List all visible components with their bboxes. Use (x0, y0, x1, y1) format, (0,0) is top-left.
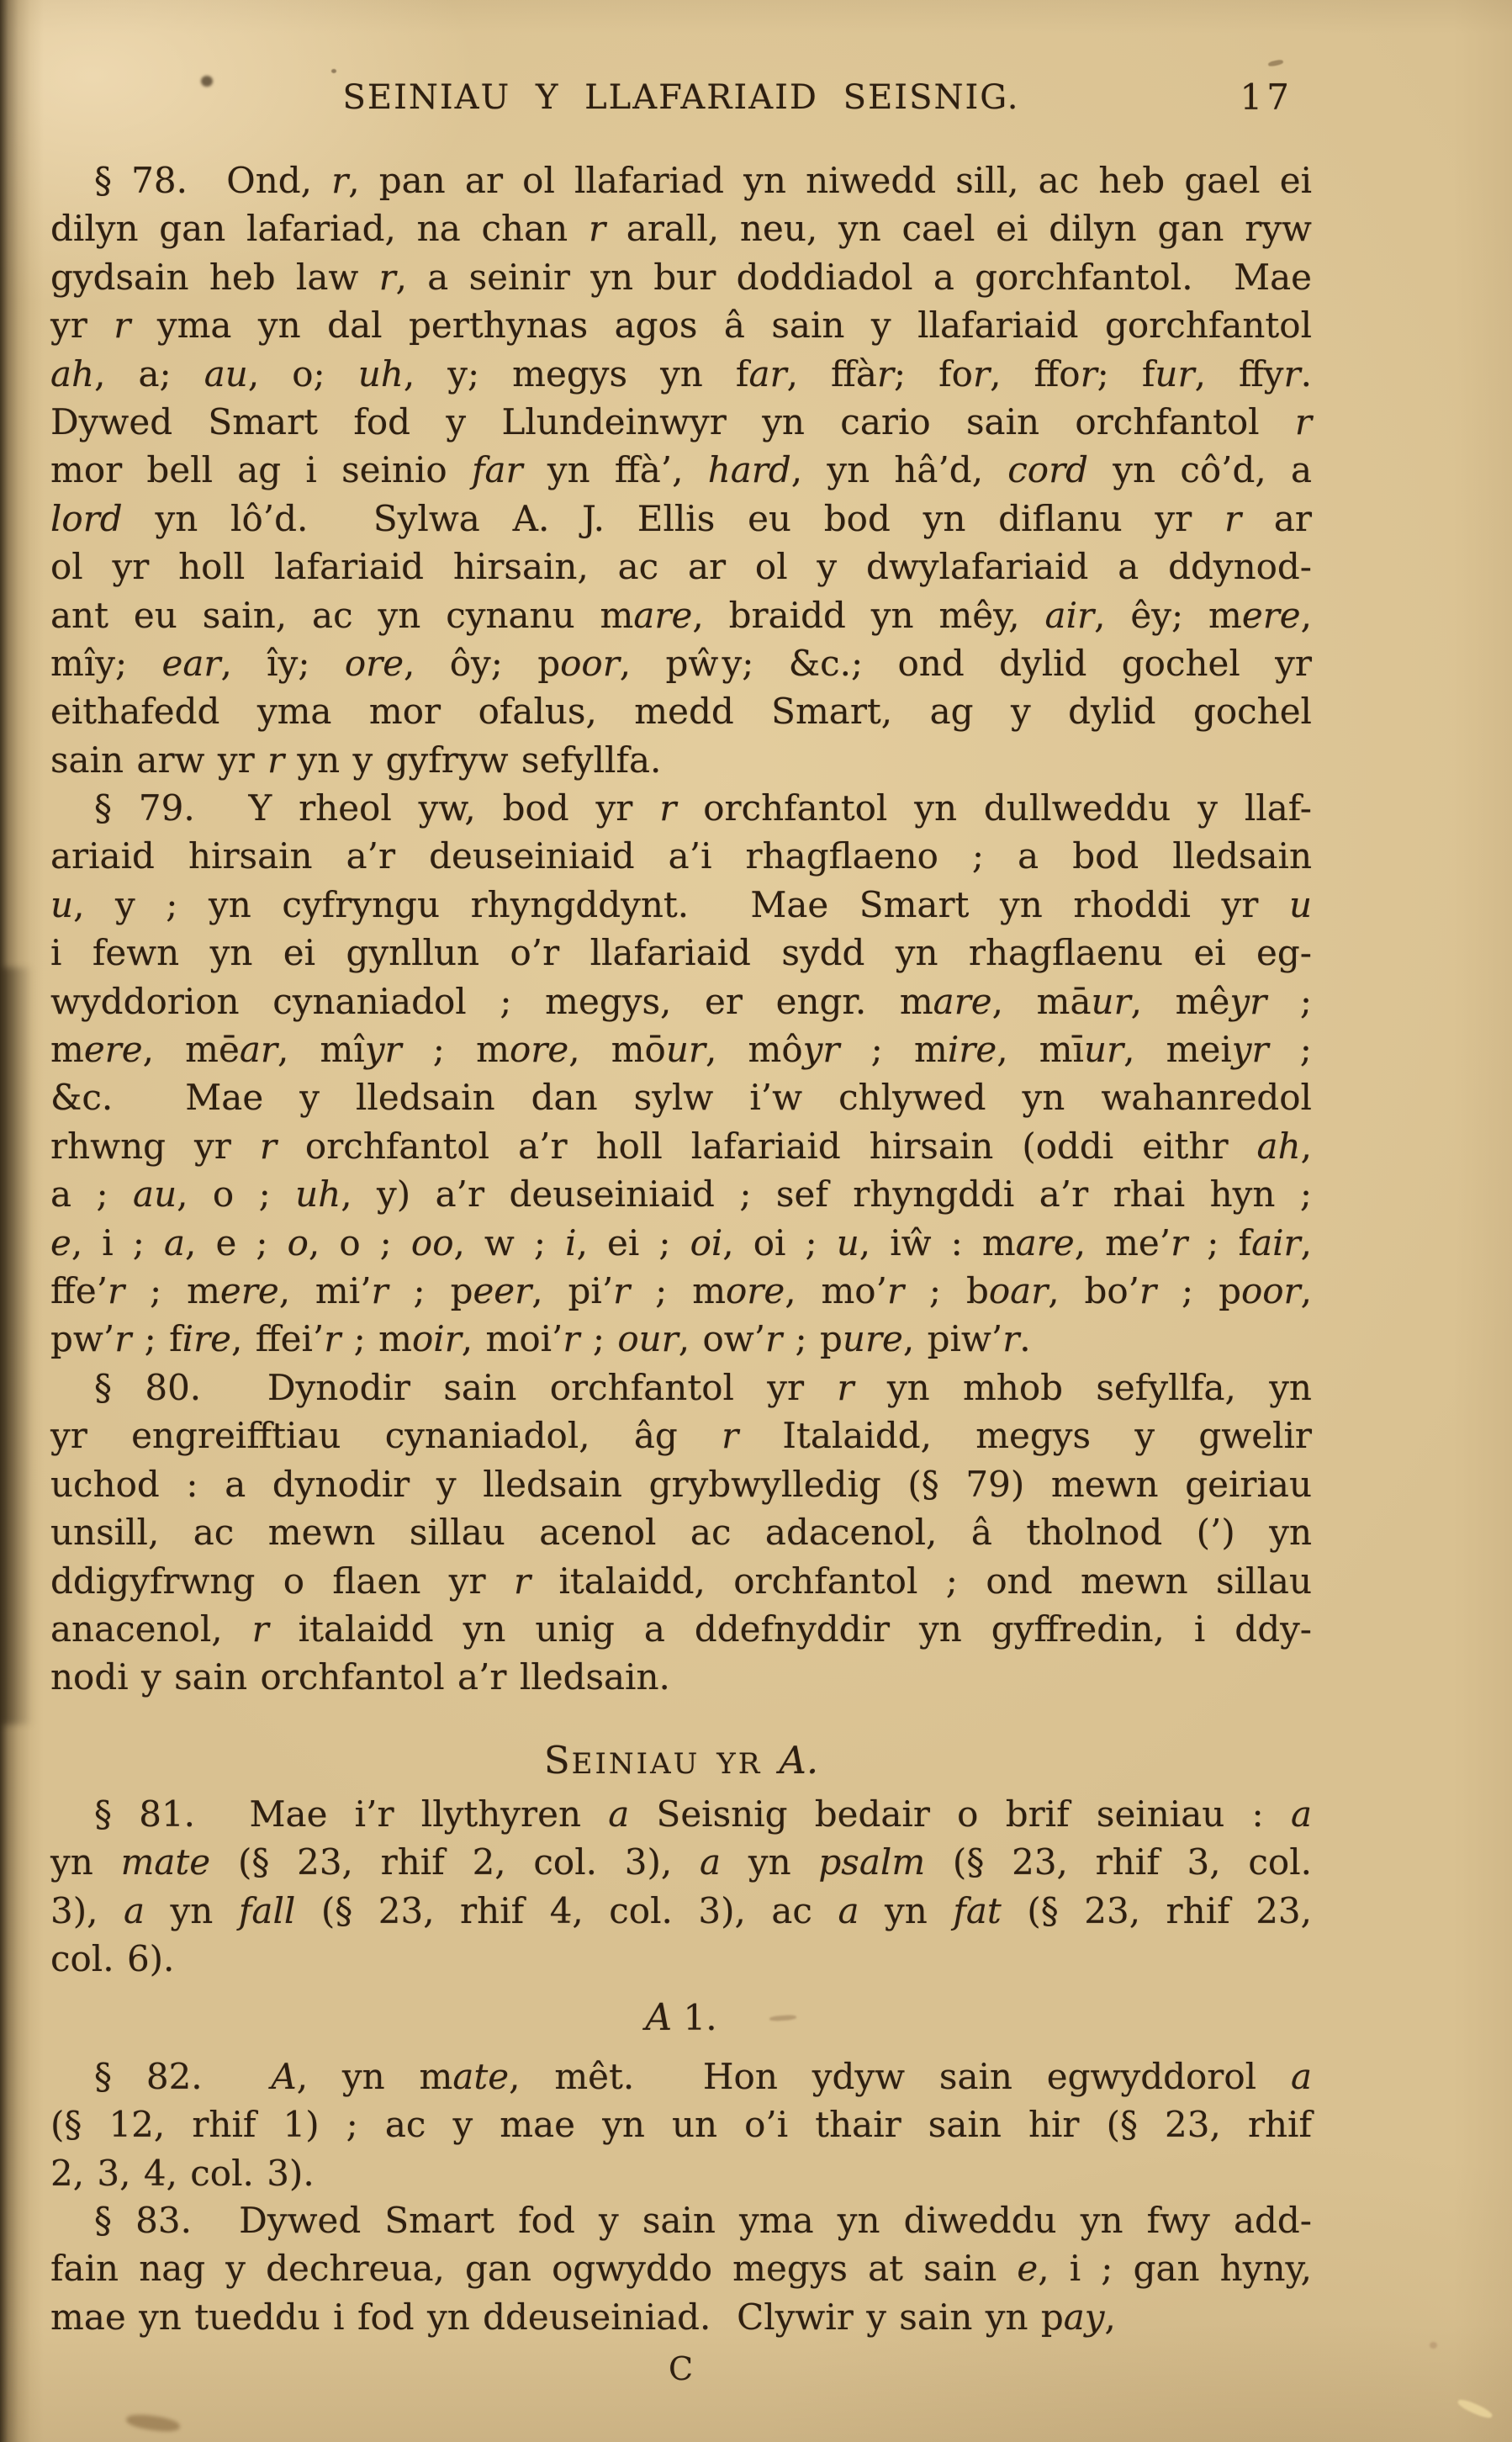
heading-text: EINIAU (572, 1747, 700, 1781)
page-gutter-shadow-mid (0, 967, 37, 1724)
text-line: ol yr holl lafariaid hirsain, ac ar ol y… (50, 543, 1312, 591)
text-line: 2, 3, 4, col. 3). (50, 2149, 1312, 2197)
text-line: pw’r ; fire, ffei’r ; moir, moi’r ; our,… (50, 1315, 1312, 1363)
heading-text: S (544, 1738, 572, 1783)
text-line: § 78. Ond, r, pan ar ol llafariad yn niw… (50, 156, 1312, 204)
text-line: sain arw yr r yn y gyfryw sefyllfa. (50, 736, 1312, 784)
paragraph-section-82: § 82. A, yn mate, mêt. Hon ydyw sain egw… (50, 2053, 1312, 2197)
text-line: ah, a; au, o; uh, y; megys yn far, ffàr;… (50, 350, 1312, 398)
paragraph-section-81: § 81. Mae i’r llythyren a Seisnig bedair… (50, 1790, 1312, 1984)
text-line: mere, mēar, mîyr ; more, mōur, môyr ; mi… (50, 1025, 1312, 1073)
text-line: lord yn lô’d. Sylwa A. J. Ellis eu bod y… (50, 495, 1312, 543)
text-line: yr engreifftiau cynaniadol, âg r Italaid… (50, 1412, 1312, 1459)
paragraph-section-78: § 78. Ond, r, pan ar ol llafariad yn niw… (50, 156, 1312, 784)
text-line: i fewn yn ei gynllun o’r llafariaid sydd… (50, 929, 1312, 977)
text-line: gydsain heb law r, a seinir yn bur doddi… (50, 253, 1312, 301)
page-text: § 78. Ond, r, pan ar ol llafariad yn niw… (50, 0, 1312, 2442)
text-line: ddigyfrwng o flaen yr r italaidd, orchfa… (50, 1557, 1312, 1605)
text-line: a ; au, o ; uh, y) a’r deuseiniaid ; sef… (50, 1170, 1312, 1218)
text-line: unsill, ac mewn sillau acenol ac adaceno… (50, 1508, 1312, 1556)
text-line: eithafedd yma mor ofalus, medd Smart, ag… (50, 687, 1312, 735)
text-line: Dywed Smart fod y Llundeinwyr yn cario s… (50, 398, 1312, 446)
text-line: § 81. Mae i’r llythyren a Seisnig bedair… (50, 1790, 1312, 1838)
text-line: e, i ; a, e ; o, o ; oo, w ; i, ei ; oi,… (50, 1219, 1312, 1267)
paragraph-section-79: § 79. Y rheol yw, bod yr r orchfantol yn… (50, 784, 1312, 1364)
printer-signature: C (50, 2345, 1312, 2393)
ink-speck (331, 69, 336, 73)
text-line: nodi y sain orchfantol a’r lledsain. (50, 1653, 1312, 1701)
section-heading-seiniau-yr-a: SEINIAU YR A. (50, 1736, 1312, 1793)
text-line: yr r yma yn dal perthynas agos â sain y … (50, 301, 1312, 349)
text-line: § 79. Y rheol yw, bod yr r orchfantol yn… (50, 784, 1312, 832)
paragraph-section-80: § 80. Dynodir sain orchfantol yr r yn mh… (50, 1364, 1312, 1702)
text-line: col. 6). (50, 1935, 1312, 1983)
text-line: (§ 12, rhif 1) ; ac y mae yn un o’i thai… (50, 2100, 1312, 2148)
text-line: § 82. A, yn mate, mêt. Hon ydyw sain egw… (50, 2053, 1312, 2100)
text-line: § 83. Dywed Smart fod y sain yma yn diwe… (50, 2196, 1312, 2244)
heading-text: 1. (672, 1997, 716, 2038)
text-line: ant eu sain, ac yn cynanu mare, braidd y… (50, 591, 1312, 639)
text-line: dilyn gan lafariad, na chan r arall, neu… (50, 204, 1312, 252)
text-line: § 80. Dynodir sain orchfantol yr r yn mh… (50, 1364, 1312, 1412)
text-line: 3), a yn fall (§ 23, rhif 4, col. 3), ac… (50, 1887, 1312, 1935)
text-line: anacenol, r italaidd yn unig a ddefnyddi… (50, 1605, 1312, 1653)
text-line: ariaid hirsain a’r deuseiniaid a’i rhagf… (50, 832, 1312, 880)
paragraph-section-83: § 83. Dywed Smart fod y sain yma yn diwe… (50, 2196, 1312, 2341)
text-line: mor bell ag i seinio far yn ffà’, hard, … (50, 446, 1312, 494)
text-line: rhwng yr r orchfantol a’r holl lafariaid… (50, 1122, 1312, 1170)
text-line: wyddorion cynaniadol ; megys, er engr. m… (50, 977, 1312, 1025)
text-line: u, y ; yn cyfryngu rhyngddynt. Mae Smart… (50, 881, 1312, 929)
text-line: yn mate (§ 23, rhif 2, col. 3), a yn psa… (50, 1838, 1312, 1886)
ink-speck (201, 76, 213, 87)
text-line: fain nag y dechreua, gan ogwyddo megys a… (50, 2244, 1312, 2292)
heading-text: A (645, 1996, 672, 2039)
subsection-heading-a-1: A 1. (50, 1994, 1312, 2049)
text-line: uchod : a dynodir y lledsain grybwylledi… (50, 1460, 1312, 1508)
text-line: mae yn tueddu i fod yn ddeuseiniad. Clyw… (50, 2293, 1312, 2341)
heading-text: YR (716, 1747, 762, 1781)
paper-fiber (1456, 2397, 1494, 2421)
text-line: &c. Mae y lledsain dan sylw i’w chlywed … (50, 1073, 1312, 1121)
book-page: SEINIAU Y LLAFARIAID SEISNIG. 17 § 78. O… (0, 0, 1512, 2442)
faint-dot (1430, 2342, 1437, 2349)
text-line: ffe’r ; mere, mi’r ; peer, pi’r ; more, … (50, 1267, 1312, 1315)
text-line: mîy; ear, îy; ore, ôy; poor, pŵy; &c.; o… (50, 639, 1312, 687)
heading-text: A. (779, 1738, 818, 1783)
